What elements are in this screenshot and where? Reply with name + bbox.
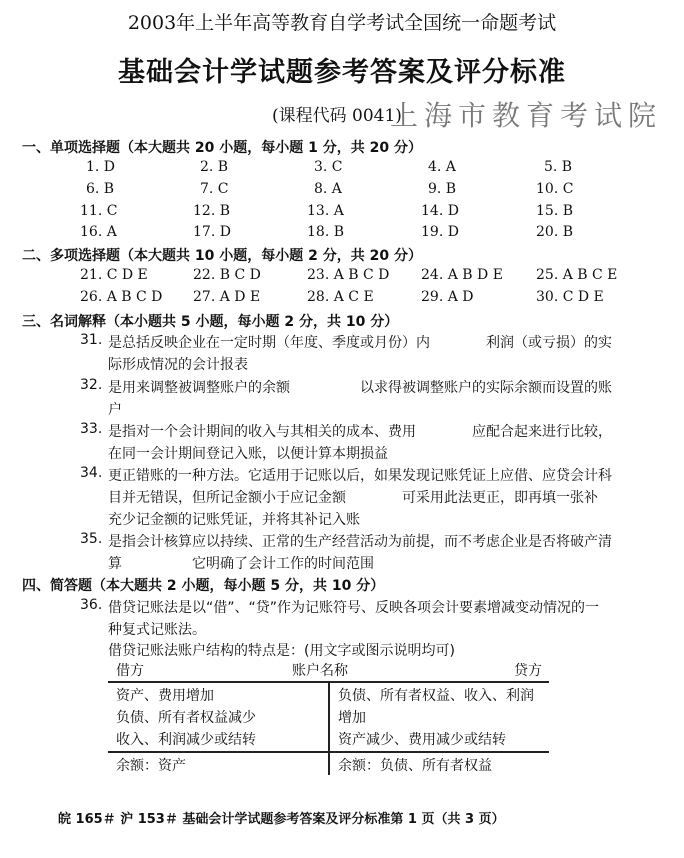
answer: 14. D [421,203,459,219]
definition-line: 是指对一个会计期间的收入与其相关的成本、费用 应配合起来进行比较， [108,421,612,441]
credit-header: 贷方 [514,660,542,680]
answer: 1. D [86,159,115,175]
course-code: (课程代码 0041) [272,101,402,126]
answer: 16. A [80,224,117,240]
answer: 22. B C D [193,267,261,283]
document-title: 基础会计学试题参考答案及评分标准 [0,50,684,89]
answer: 2. B [200,159,228,175]
item-number: 34. [80,465,102,481]
credit-balance: 余额：负债、所有者权益 [338,755,492,775]
page-footer: 皖 165＃ 沪 153＃ 基础会计学试题参考答案及评分标准第 1 页（共 3 … [58,808,505,827]
answer: 8. A [314,181,342,197]
answer: 5. B [544,159,572,175]
answer: 7. C [200,181,229,197]
definition-line: 是用来调整被调整账户的余额 以求得被调整账户的实际余额而设置的账 [108,377,612,397]
answer: 20. B [536,224,573,240]
answer: 28. A C E [307,289,374,305]
item-number: 31. [80,332,102,348]
answer: 30. C D E [536,289,604,305]
item-number: 35. [80,531,102,547]
section-2-heading: 二、多项选择题（本大题共 10 小题，每小题 2 分，共 20 分） [22,245,422,265]
answer: 19. D [421,224,459,240]
definition-line: 际形成情况的会计报表 [108,354,248,374]
balance-rule [108,751,549,753]
answer: 9. B [428,181,456,197]
debit-header: 借方 [116,660,144,680]
credit-entry: 增加 [338,707,366,727]
answer: 21. C D E [80,267,148,283]
answer: 6. B [86,181,114,197]
answer: 18. B [307,224,344,240]
definition-line: 是总括反映企业在一定时期（年度、季度或月份）内 利润（或亏损）的实 [108,332,612,352]
center-rule [328,681,330,775]
answer: 26. A B C D [80,289,162,305]
item-number: 32. [80,377,102,393]
definition-line: 目并无错误，但所记金额小于应记金额 可采用此法更正，即再填一张补 [108,487,598,507]
table-intro: 借贷记账法账户结构的特点是：(用文字或图示说明均可) [108,640,455,660]
debit-entry: 负债、所有者权益减少 [116,707,256,727]
answer: 27. A D E [193,289,260,305]
credit-entry: 资产减少、费用减少或结转 [338,729,506,749]
definition-line: 是指会计核算应以持续、正常的生产经营活动为前提，而不考虑企业是否将破产清 [108,531,612,551]
definition-line: 在同一会计期间登记入账，以便计算本期损益 [108,443,388,463]
answer: 25. A B C E [536,267,617,283]
answer: 17. D [193,224,231,240]
item-number: 33. [80,421,102,437]
section-1-heading: 一、单项选择题（本大题共 20 小题，每小题 1 分，共 20 分） [22,137,422,157]
institution-stamp: 上海市教育考试院 [390,94,662,134]
section-3-heading: 三、名词解释（本小题共 5 小题，每小题 2 分，共 10 分） [22,311,398,331]
answer: 10. C [536,181,573,197]
answer: 4. A [428,159,456,175]
exam-title: 2003年上半年高等教育自学考试全国统一命题考试 [0,8,684,35]
answer: 13. A [307,203,344,219]
section-4-heading: 四、简答题（本大题共 2 小题，每小题 5 分，共 10 分） [22,575,384,595]
definition-line: 算 它明确了会计工作的时间范围 [108,553,374,573]
answer: 11. C [80,203,117,219]
debit-entry: 资产、费用增加 [116,685,214,705]
answer-line: 借贷记账法是以“借”、“贷”作为记账符号、反映各项会计要素增减变动情况的一 [108,597,599,617]
item-number: 36. [80,597,102,613]
debit-balance: 余额：资产 [116,755,186,775]
answer: 15. B [536,203,573,219]
answer-line: 种复式记账法。 [108,619,206,639]
answer: 12. B [193,203,230,219]
debit-entry: 收入、利润减少或结转 [116,729,256,749]
answer: 23. A B C D [307,267,389,283]
definition-line: 更正错账的一种方法。它适用于记账以后，如果发现记账凭证上应借、应贷会计科 [108,465,612,485]
definition-line: 充少记金额的记账凭证，并将其补记入账 [108,509,360,529]
answer: 29. A D [421,289,474,305]
definition-line: 户 [108,399,122,419]
answer: 3. C [314,159,343,175]
credit-entry: 负债、所有者权益、收入、利润 [338,685,534,705]
answer: 24. A B D E [421,267,503,283]
account-name-header: 账户名称 [292,660,348,680]
